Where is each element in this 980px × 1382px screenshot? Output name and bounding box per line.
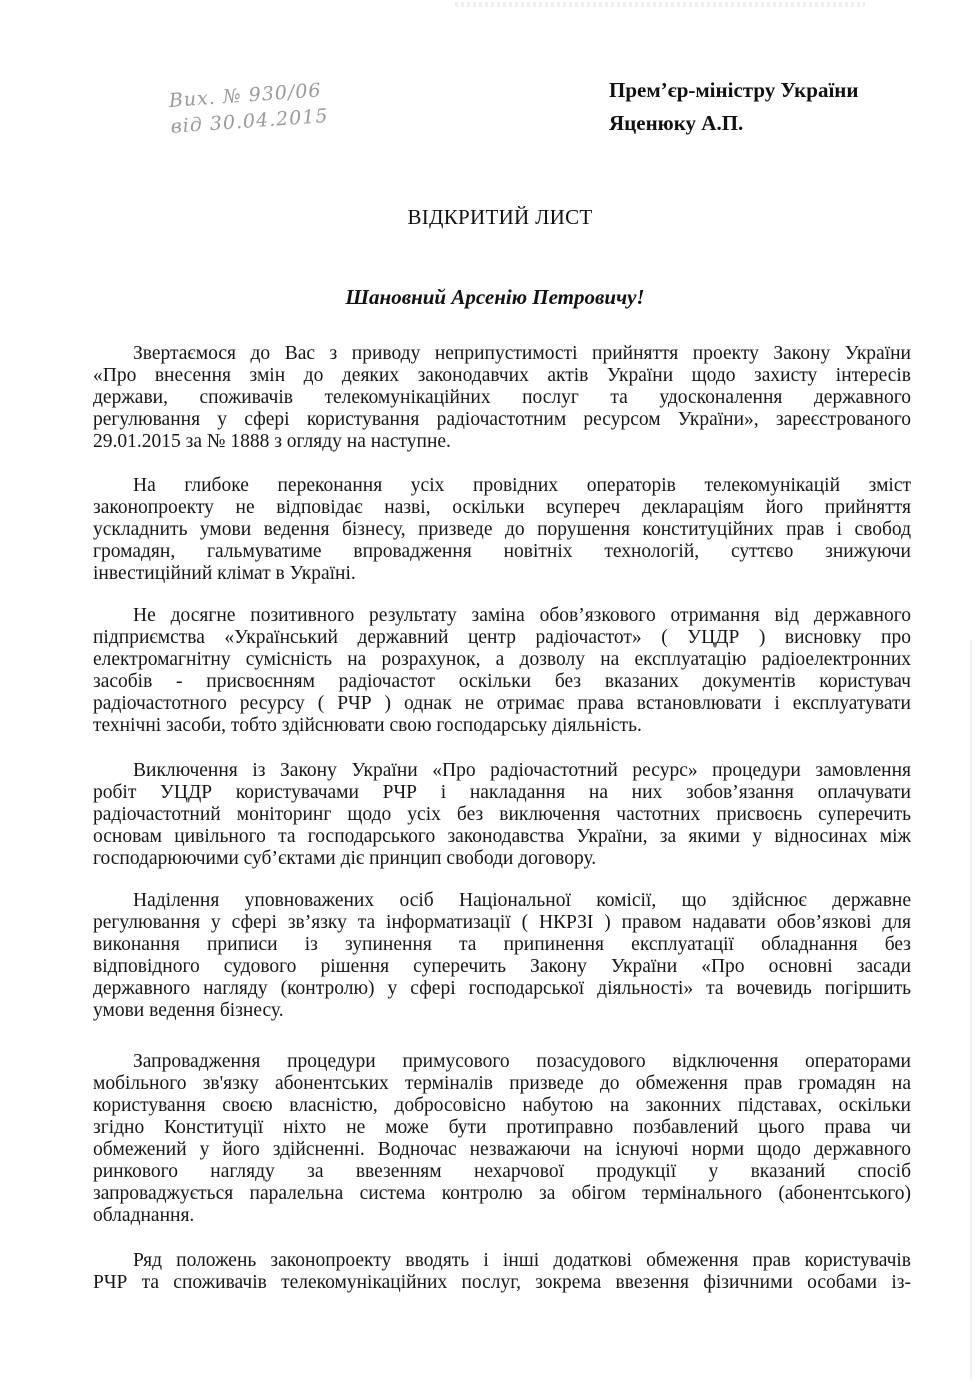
text-line: Виключення із Закону України «Про радіоч… [93,760,911,782]
document-page: Вих. № 930/06 від 30.04.2015 Прем’єр-мін… [0,0,980,1382]
text-line: Наділення уповноважених осіб Національно… [93,890,911,912]
addressee-block: Прем’єр-міністру України Яценюку А.П. [609,74,859,140]
text-line: відповідного судового рішення суперечить… [93,956,911,978]
document-title: ВІДКРИТИЙ ЛИСТ [0,205,980,230]
text-line: користування своєю власністю, добросовіс… [93,1095,911,1117]
scan-artifact-top [455,2,865,7]
text-line: Не досягне позитивного результату заміна… [93,605,911,627]
text-line: регулювання у сфері зв’язку та інформати… [93,912,911,934]
text-line: виконання приписи із зупинення та припин… [93,934,911,956]
text-line: законопроекту не відповідає назві, оскіл… [93,497,911,519]
paragraph-3: Не досягне позитивного результату заміна… [93,605,911,737]
paragraph-1: Звертаємося до Вас з приводу неприпустим… [93,343,911,453]
text-line: На глибоке переконання усіх провідних оп… [93,475,911,497]
text-line: радіочастотного ресурсу ( РЧР ) однак не… [93,693,911,715]
text-line: держави, споживачів телекомунікаційних п… [93,387,911,409]
text-line: інвестиційний клімат в Україні. [93,563,911,585]
text-line: ринкового нагляду за ввезенням нехарчово… [93,1161,911,1183]
text-line: основам цивільного та господарського зак… [93,826,911,848]
text-line: згідно Конституції ніхто не може бути пр… [93,1117,911,1139]
text-line: господарюючими суб’єктами діє принцип св… [93,848,911,870]
paragraph-7: Ряд положень законопроекту вводять і інш… [93,1250,911,1294]
text-line: Звертаємося до Вас з приводу неприпустим… [93,343,911,365]
text-line: умови ведення бізнесу. [93,1000,911,1022]
addressee-name: Яценюку А.П. [609,107,859,140]
handwritten-registration-note: Вих. № 930/06 від 30.04.2015 [168,74,371,140]
paragraph-5: Наділення уповноважених осіб Національно… [93,890,911,1022]
text-line: засобів - присвоєнням радіочастот оскіль… [93,671,911,693]
text-line: ускладнить умови ведення бізнесу, призве… [93,519,911,541]
paragraph-4: Виключення із Закону України «Про радіоч… [93,760,911,870]
text-line: робіт УЦДР користувачами РЧР і накладанн… [93,782,911,804]
salutation: Шановний Арсенію Петровичу! [0,285,980,310]
text-line: «Про внесення змін до деяких законодавчи… [93,365,911,387]
text-line: Ряд положень законопроекту вводять і інш… [93,1250,911,1272]
text-line: підприємства «Український державний цент… [93,627,911,649]
paragraph-2: На глибоке переконання усіх провідних оп… [93,475,911,585]
paragraph-6: Запровадження процедури примусового поза… [93,1051,911,1227]
text-line: РЧР та споживачів телекомунікаційних пос… [93,1272,911,1294]
text-line: Запровадження процедури примусового поза… [93,1051,911,1073]
text-line: технічні засоби, тобто здійснювати свою … [93,715,911,737]
text-line: державного нагляду (контролю) у сфері го… [93,978,911,1000]
text-line: регулювання у сфері користування радіоча… [93,409,911,431]
text-line: обладнання. [93,1205,911,1227]
text-line: електромагнітну сумісність на розрахунок… [93,649,911,671]
text-line: радіочастотний моніторинг щодо усіх без … [93,804,911,826]
text-line: запроваджується паралельна система контр… [93,1183,911,1205]
text-line: мобільного зв'язку абонентських термінал… [93,1073,911,1095]
text-line: громадян, гальмуватиме впровадження нові… [93,541,911,563]
addressee-position: Прем’єр-міністру України [609,74,859,107]
text-line: 29.01.2015 за № 1888 з огляду на наступн… [93,431,911,453]
text-line: обмежений у його здійсненні. Водночас не… [93,1139,911,1161]
scan-artifact-edge [970,640,972,1380]
